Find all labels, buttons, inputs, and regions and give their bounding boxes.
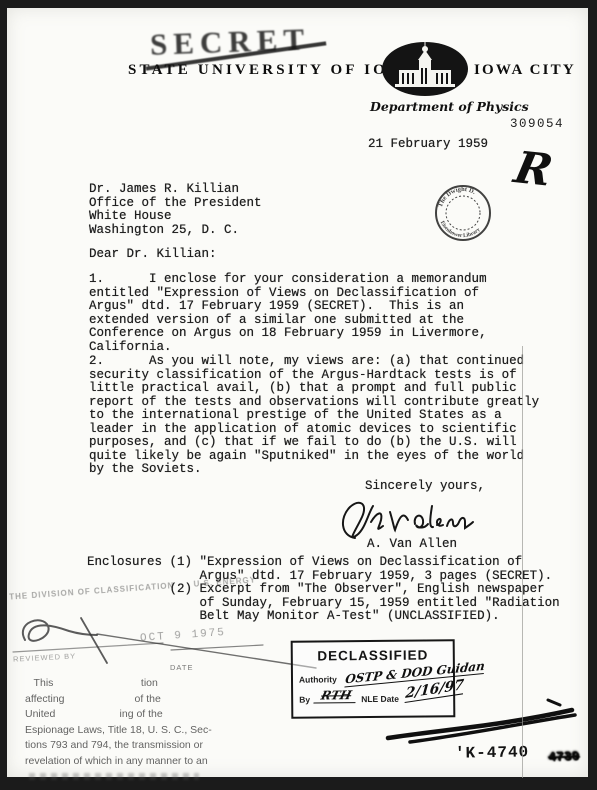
by-handwritten-initials: RTH [313, 688, 359, 703]
letterhead-university: STATE UNIVERSITY OF IOWA [128, 62, 419, 79]
paragraph-2: 2. As you will note, my views are: (a) t… [89, 355, 539, 477]
university-seal-icon [379, 38, 471, 105]
letterhead-department: Department of Physics [370, 99, 529, 114]
recipient-address: Dr. James R. Killian Office of the Presi… [89, 183, 262, 237]
typed-signature-name: A. Van Allen [367, 538, 457, 552]
salutation: Dear Dr. Killian: [89, 248, 217, 262]
scan-artifact-line [522, 346, 523, 778]
authority-label: Authority [299, 674, 337, 684]
faded-text-smudge [29, 773, 199, 780]
handwritten-r-mark: R [510, 143, 557, 197]
library-round-stamp-icon: The Dwight D. Eisenhower Library [432, 182, 494, 249]
declassified-title: DECLASSIFIED [293, 647, 453, 663]
scanned-letter: SECRET STATE UNIVERSITY OF IOWA [0, 0, 597, 790]
by-label: By [299, 695, 310, 705]
reviewer-signature-icon [11, 608, 321, 683]
letter-page: SECRET STATE UNIVERSITY OF IOWA [7, 8, 588, 777]
letterhead-city: IOWA CITY [474, 62, 576, 79]
paragraph-1: 1. I enclose for your consideration a me… [89, 273, 487, 354]
k-number: 'K-4740 [455, 743, 530, 762]
letter-date: 21 February 1959 [368, 138, 488, 152]
document-number: 309054 [510, 117, 564, 131]
closing: Sincerely yours, [365, 480, 485, 494]
review-date-label: DATE [170, 663, 193, 672]
struck-number: 4739 [548, 748, 580, 764]
marker-scribble-icon [380, 696, 580, 751]
espionage-act-notice: This tion affecting of the United ing of… [25, 676, 212, 769]
